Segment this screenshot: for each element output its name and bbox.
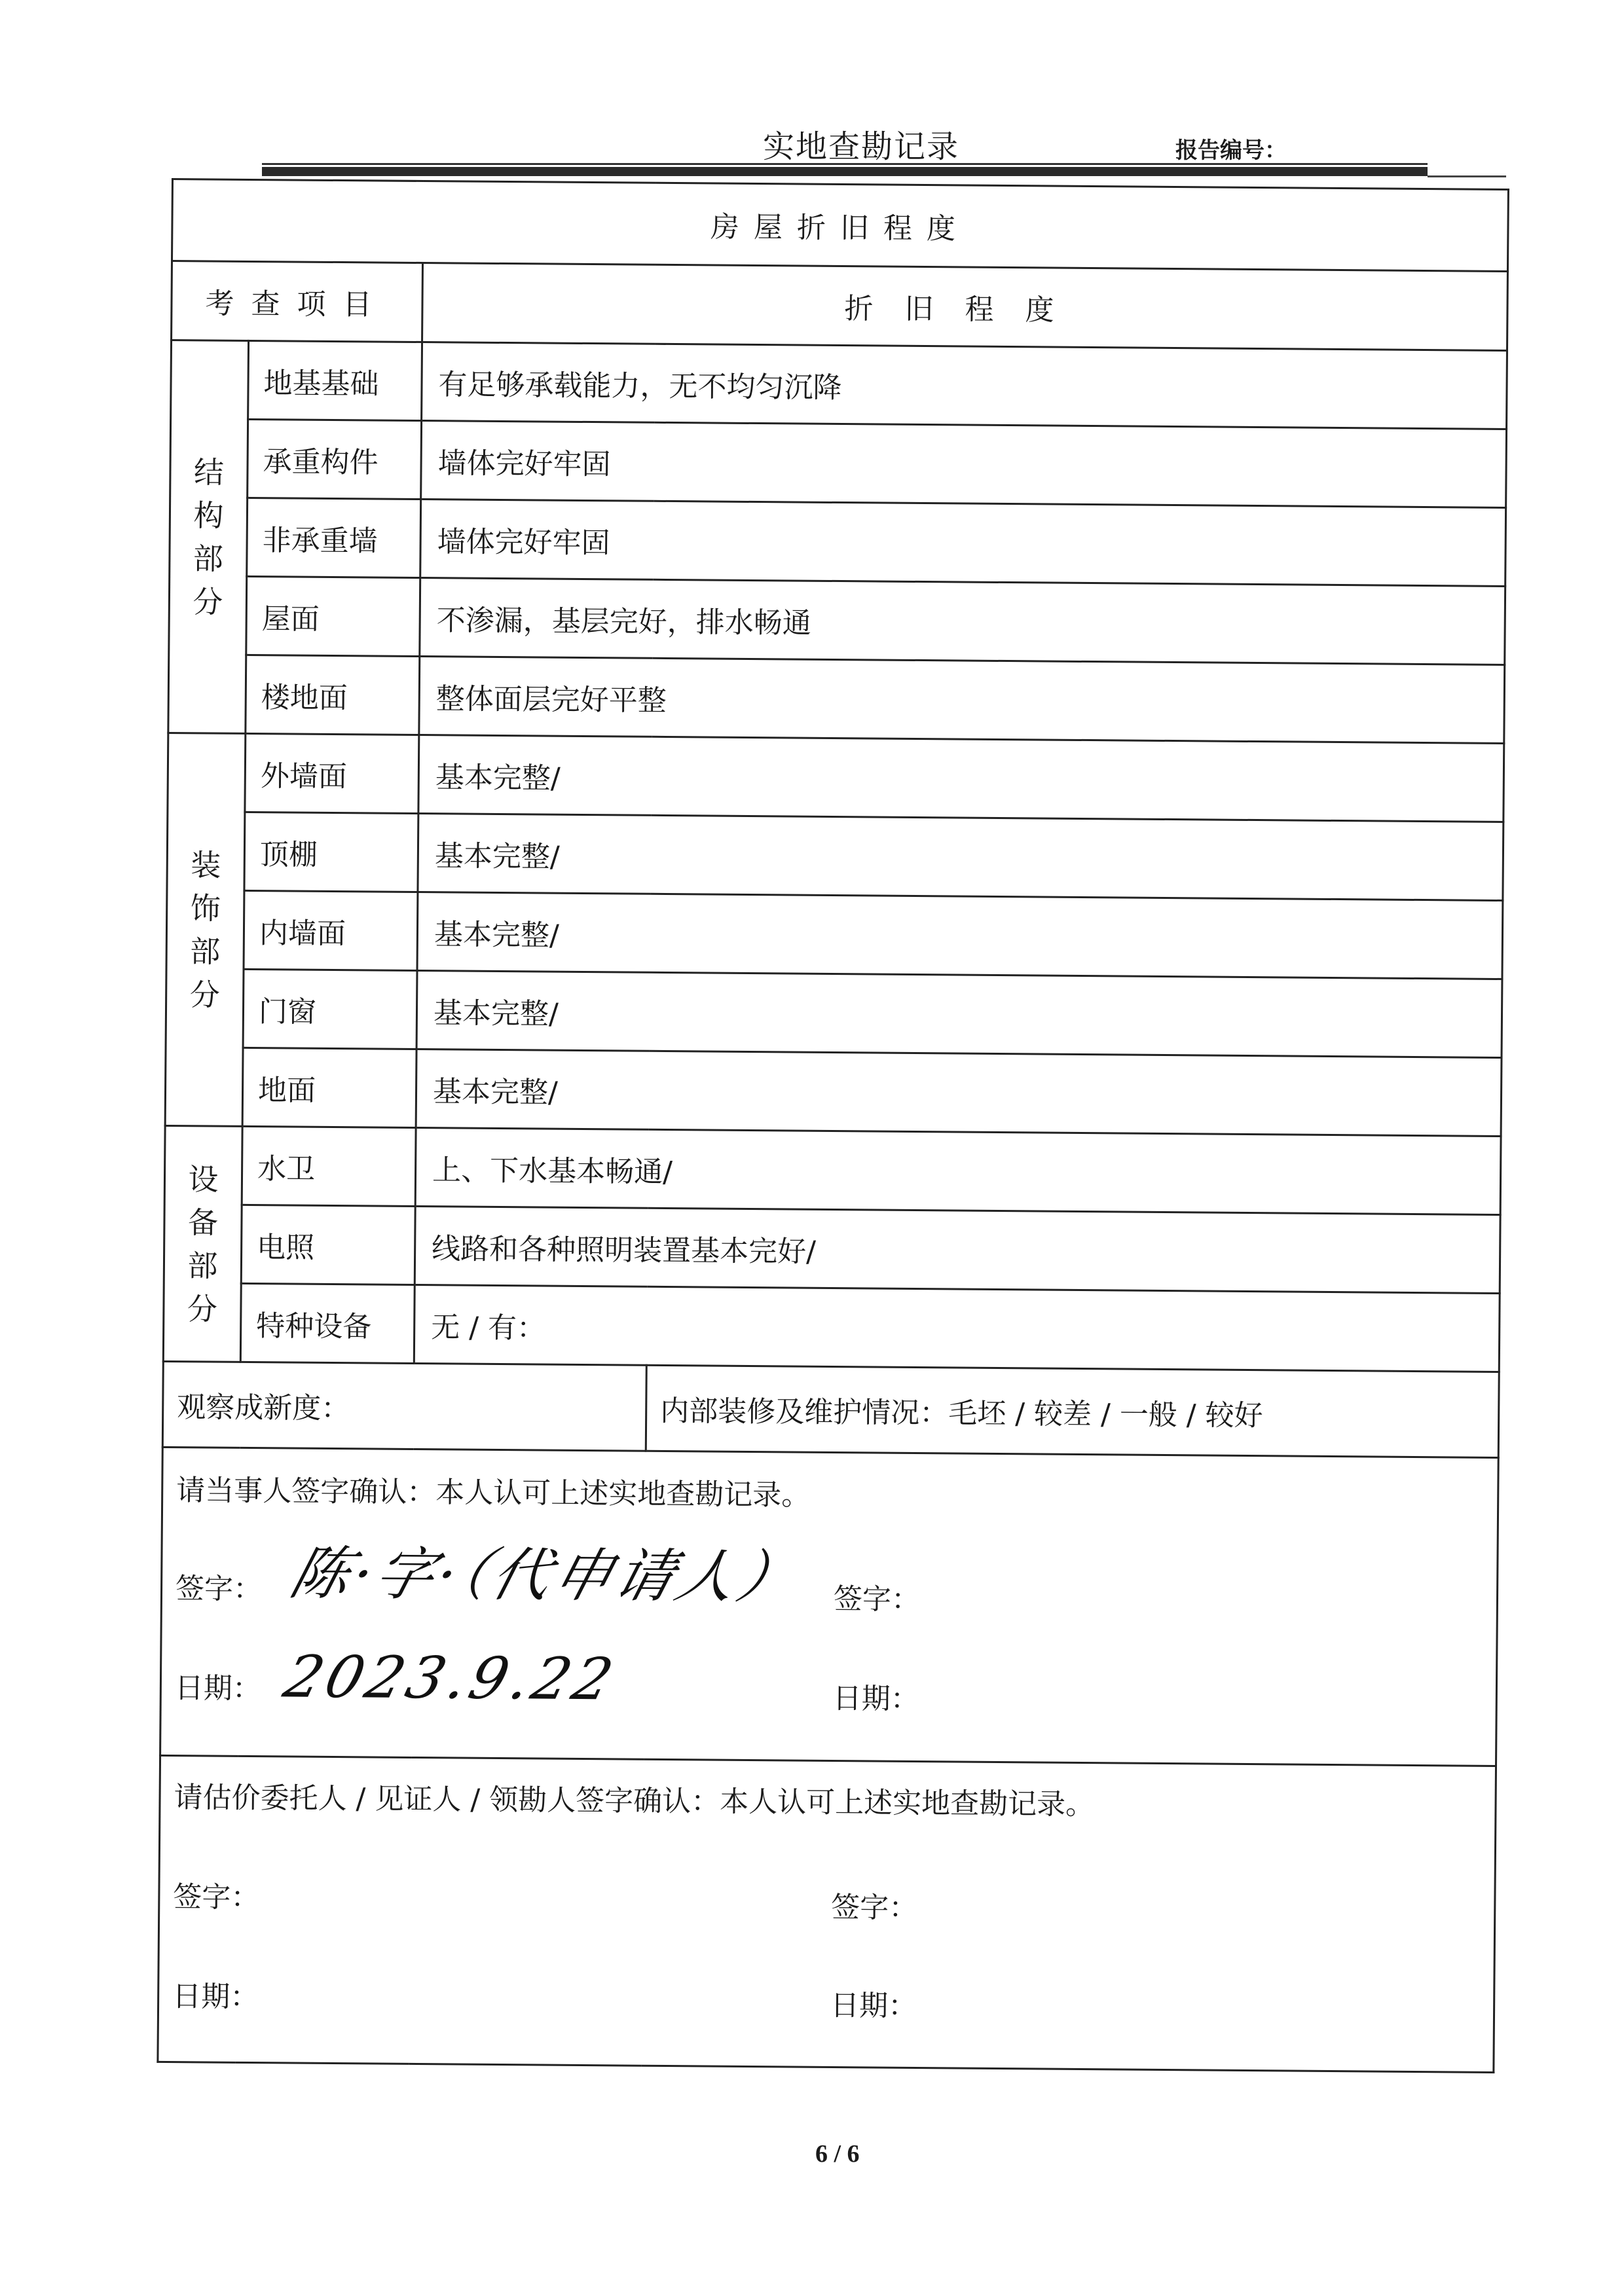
value-cell: 上、下水基本畅通/ bbox=[415, 1127, 1501, 1214]
item-cell: 非承重墙 bbox=[247, 498, 421, 577]
item-cell: 外墙面 bbox=[245, 733, 419, 813]
table-row: 特种设备 无 / 有： bbox=[163, 1283, 1500, 1372]
header-rule-extension bbox=[1428, 175, 1506, 177]
witness-sign-label-right: 签字： bbox=[831, 1884, 917, 1926]
witness-confirmation-statement: 请估价委托人 / 见证人 / 领勘人签字确认：本人认可上述实地查勘记录。 bbox=[174, 1774, 1094, 1823]
party-date-label-left: 日期： bbox=[175, 1664, 261, 1707]
decoration-condition-field: 内部装修及维护情况：毛坯 / 较差 / 一般 / 较好 bbox=[646, 1365, 1499, 1457]
item-cell: 地面 bbox=[242, 1048, 416, 1127]
item-cell: 承重构件 bbox=[248, 419, 422, 499]
table-row: 非承重墙 墙体完好牢固 bbox=[170, 497, 1506, 586]
item-cell: 屋面 bbox=[246, 576, 420, 656]
header-rule-thick bbox=[262, 167, 1428, 176]
group-label-decoration: 装饰部分 bbox=[165, 733, 246, 1126]
page-header: 实地查勘记录 报告编号： bbox=[0, 0, 1624, 183]
column-header-degree: 折旧程度 bbox=[422, 263, 1508, 351]
item-cell: 门窗 bbox=[243, 969, 417, 1049]
value-cell: 线路和各种照明装置基本完好/ bbox=[415, 1206, 1500, 1293]
page-number: 6 / 6 bbox=[815, 2140, 860, 2168]
document-title: 实地查勘记录 bbox=[763, 121, 959, 166]
table-row: 承重构件 墙体完好牢固 bbox=[170, 419, 1507, 508]
table-row: 电照 线路和各种照明装置基本完好/ bbox=[164, 1204, 1500, 1293]
group-label-equipment: 设备部分 bbox=[163, 1125, 242, 1362]
item-cell: 内墙面 bbox=[244, 890, 418, 970]
witness-date-label-right: 日期： bbox=[830, 1982, 917, 2024]
value-cell: 墙体完好牢固 bbox=[420, 500, 1506, 587]
party-confirmation-section: 请当事人签字确认：本人认可上述实地查勘记录。 签字： 陈·字·（代申请人） 签字… bbox=[160, 1447, 1499, 1766]
value-cell: 基本完整/ bbox=[417, 892, 1503, 979]
report-number-label: 报告编号： bbox=[1175, 132, 1287, 164]
value-cell: 基本完整/ bbox=[416, 970, 1502, 1057]
witness-sign-label-left: 签字： bbox=[173, 1873, 259, 1916]
column-header-row: 考查项目 折旧程度 bbox=[172, 261, 1508, 351]
party-date-label-right: 日期： bbox=[833, 1675, 919, 1717]
table-row: 楼地面 整体面层完好平整 bbox=[168, 654, 1505, 743]
table-row: 设备部分 水卫 上、下水基本畅通/ bbox=[164, 1125, 1501, 1214]
item-cell: 水卫 bbox=[242, 1126, 416, 1206]
table-row: 顶棚 基本完整/ bbox=[167, 811, 1504, 900]
value-cell: 不渗漏，基层完好，排水畅通 bbox=[420, 578, 1505, 665]
observed-newness-field: 观察成新度： bbox=[162, 1361, 646, 1451]
value-cell: 无 / 有： bbox=[414, 1285, 1500, 1372]
handwritten-signature: 陈·字·（代申请人） bbox=[283, 1528, 812, 1614]
section-title: 房屋折旧程度 bbox=[172, 179, 1509, 272]
witness-confirmation-section: 请估价委托人 / 见证人 / 领勘人签字确认：本人认可上述实地查勘记录。 签字：… bbox=[158, 1755, 1496, 2072]
handwritten-date: 2023.9.22 bbox=[278, 1643, 623, 1713]
value-cell: 基本完整/ bbox=[416, 1049, 1502, 1136]
item-cell: 顶棚 bbox=[244, 812, 418, 892]
witness-date-label-left: 日期： bbox=[172, 1973, 259, 2015]
table-row: 结构部分 地基基础 有足够承载能力，无不均匀沉降 bbox=[171, 340, 1507, 429]
party-confirmation-statement: 请当事人签字确认：本人认可上述实地查勘记录。 bbox=[176, 1467, 810, 1514]
item-cell: 特种设备 bbox=[240, 1283, 415, 1363]
observation-row: 观察成新度： 内部装修及维护情况：毛坯 / 较差 / 一般 / 较好 bbox=[162, 1361, 1499, 1457]
item-cell: 楼地面 bbox=[246, 655, 420, 735]
table-row: 地面 基本完整/ bbox=[165, 1047, 1502, 1136]
value-cell: 基本完整/ bbox=[418, 813, 1504, 900]
value-cell: 整体面层完好平整 bbox=[419, 656, 1505, 743]
table-row: 门窗 基本完整/ bbox=[166, 968, 1502, 1057]
value-cell: 有足够承载能力，无不均匀沉降 bbox=[422, 342, 1507, 429]
column-header-item: 考查项目 bbox=[172, 261, 423, 342]
section-title-row: 房屋折旧程度 bbox=[172, 179, 1509, 272]
table-row: 装饰部分 外墙面 基本完整/ bbox=[168, 733, 1504, 822]
item-cell: 地基基础 bbox=[248, 340, 422, 420]
value-cell: 墙体完好牢固 bbox=[421, 421, 1507, 508]
group-label-structure: 结构部分 bbox=[168, 340, 249, 734]
value-cell: 基本完整/ bbox=[418, 735, 1504, 822]
party-sign-label-left: 签字： bbox=[175, 1565, 262, 1607]
item-cell: 电照 bbox=[241, 1205, 415, 1285]
party-sign-label-right: 签字： bbox=[834, 1575, 920, 1618]
header-rule-thin bbox=[262, 163, 1428, 165]
table-row: 屋面 不渗漏，基层完好，排水畅通 bbox=[169, 575, 1505, 665]
depreciation-form-table: 房屋折旧程度 考查项目 折旧程度 结构部分 地基基础 有足够承载能力，无不均匀沉… bbox=[157, 178, 1509, 2073]
table-row: 内墙面 基本完整/ bbox=[166, 890, 1503, 979]
